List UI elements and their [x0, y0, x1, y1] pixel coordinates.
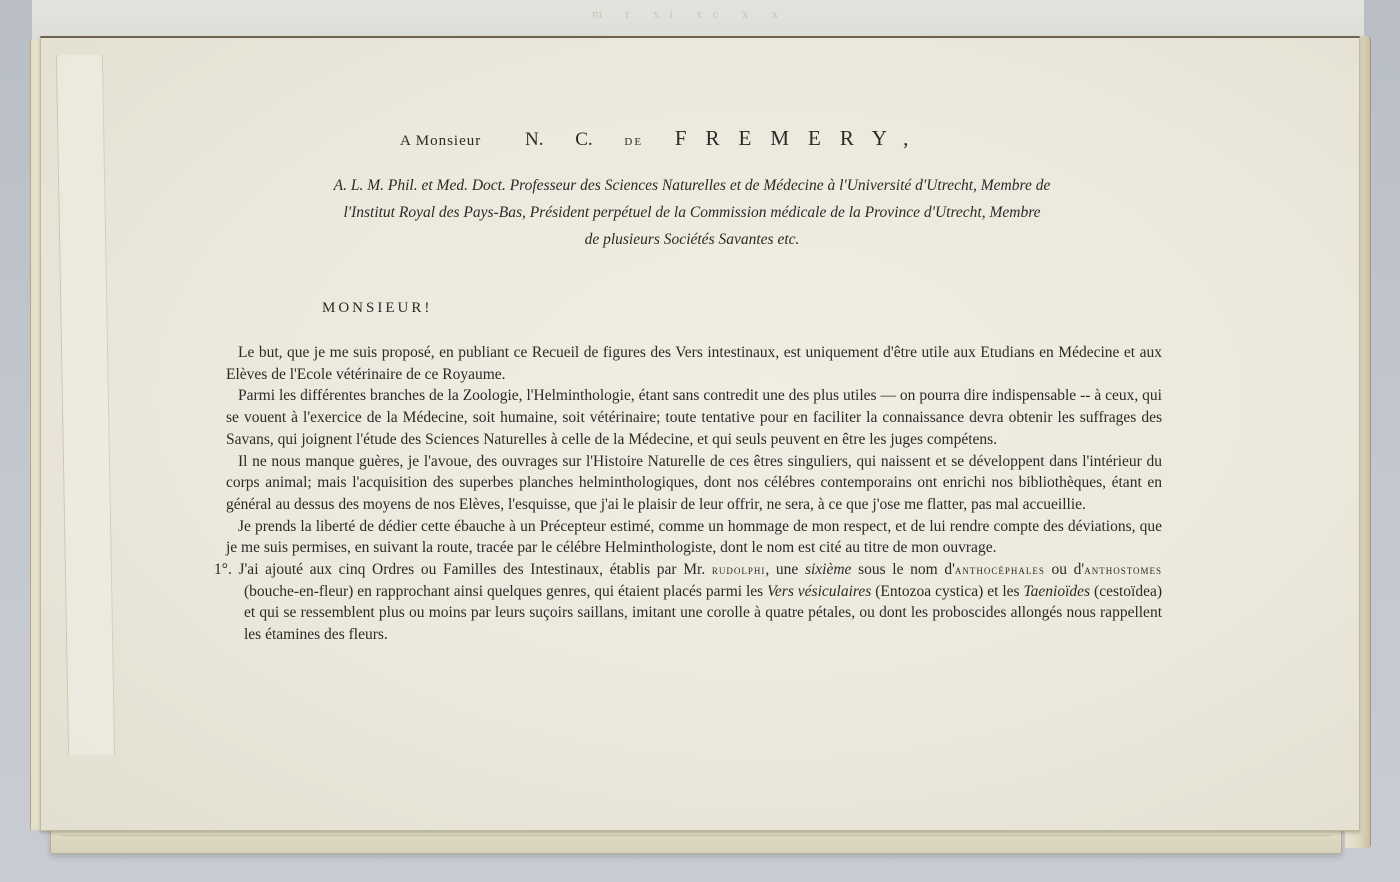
paragraph: Je prends la liberté de dédier cette éba… [226, 516, 1162, 559]
text-run: ou d' [1052, 561, 1085, 578]
titles-line: l'Institut Royal des Pays-Bas, Président… [232, 199, 1152, 226]
author-name: rudolphi [712, 562, 766, 577]
addressee-surname: FREMERY, [675, 126, 928, 150]
page-edge-line [61, 835, 1331, 836]
numbered-paragraph: 1°. J'ai ajouté aux cinq Ordres ou Famil… [214, 559, 1162, 646]
addressee-titles: A. L. M. Phil. et Med. Doct. Professeur … [232, 172, 1152, 253]
letter-body: Le but, que je me suis proposé, en publi… [226, 342, 1162, 646]
taxon-name: Taenioïdes [1023, 583, 1090, 600]
text-run: (bouche-en-fleur) en rapprochant ainsi q… [244, 583, 763, 600]
taxon-name: Vers vésiculaires [767, 583, 871, 600]
salutation-heading: MONSIEUR! [322, 300, 432, 317]
addressee-initial: N. [525, 129, 543, 150]
dedication-addressee: A Monsieur N. C. DE FREMERY, [400, 126, 1020, 151]
titles-line: A. L. M. Phil. et Med. Doct. Professeur … [232, 172, 1152, 199]
addressee-particle: DE [624, 136, 643, 148]
titles-line: de plusieurs Sociétés Savantes etc. [232, 226, 1152, 253]
emphasis: sixième [805, 561, 851, 578]
paragraph: Le but, que je me suis proposé, en publi… [226, 342, 1162, 385]
taxon-name: anthocéphales [955, 562, 1045, 577]
addressee-initial: C. [575, 129, 592, 150]
bleed-through-text: m r xi xc x x [592, 6, 788, 22]
paragraph: Il ne nous manque guères, je l'avoue, de… [226, 451, 1162, 516]
text-run: (Entozoa cystica) et les [875, 583, 1019, 600]
text-run: J'ai ajouté aux cinq Ordres ou Familles … [238, 561, 705, 578]
taxon-name: anthostomes [1084, 562, 1162, 577]
item-number: 1°. [214, 561, 232, 578]
addressee-prefix: A Monsieur [400, 133, 481, 149]
text-run: sous le nom d' [858, 561, 955, 578]
text-run: , une [765, 561, 798, 578]
paragraph: Parmi les différentes branches de la Zoo… [226, 385, 1162, 450]
